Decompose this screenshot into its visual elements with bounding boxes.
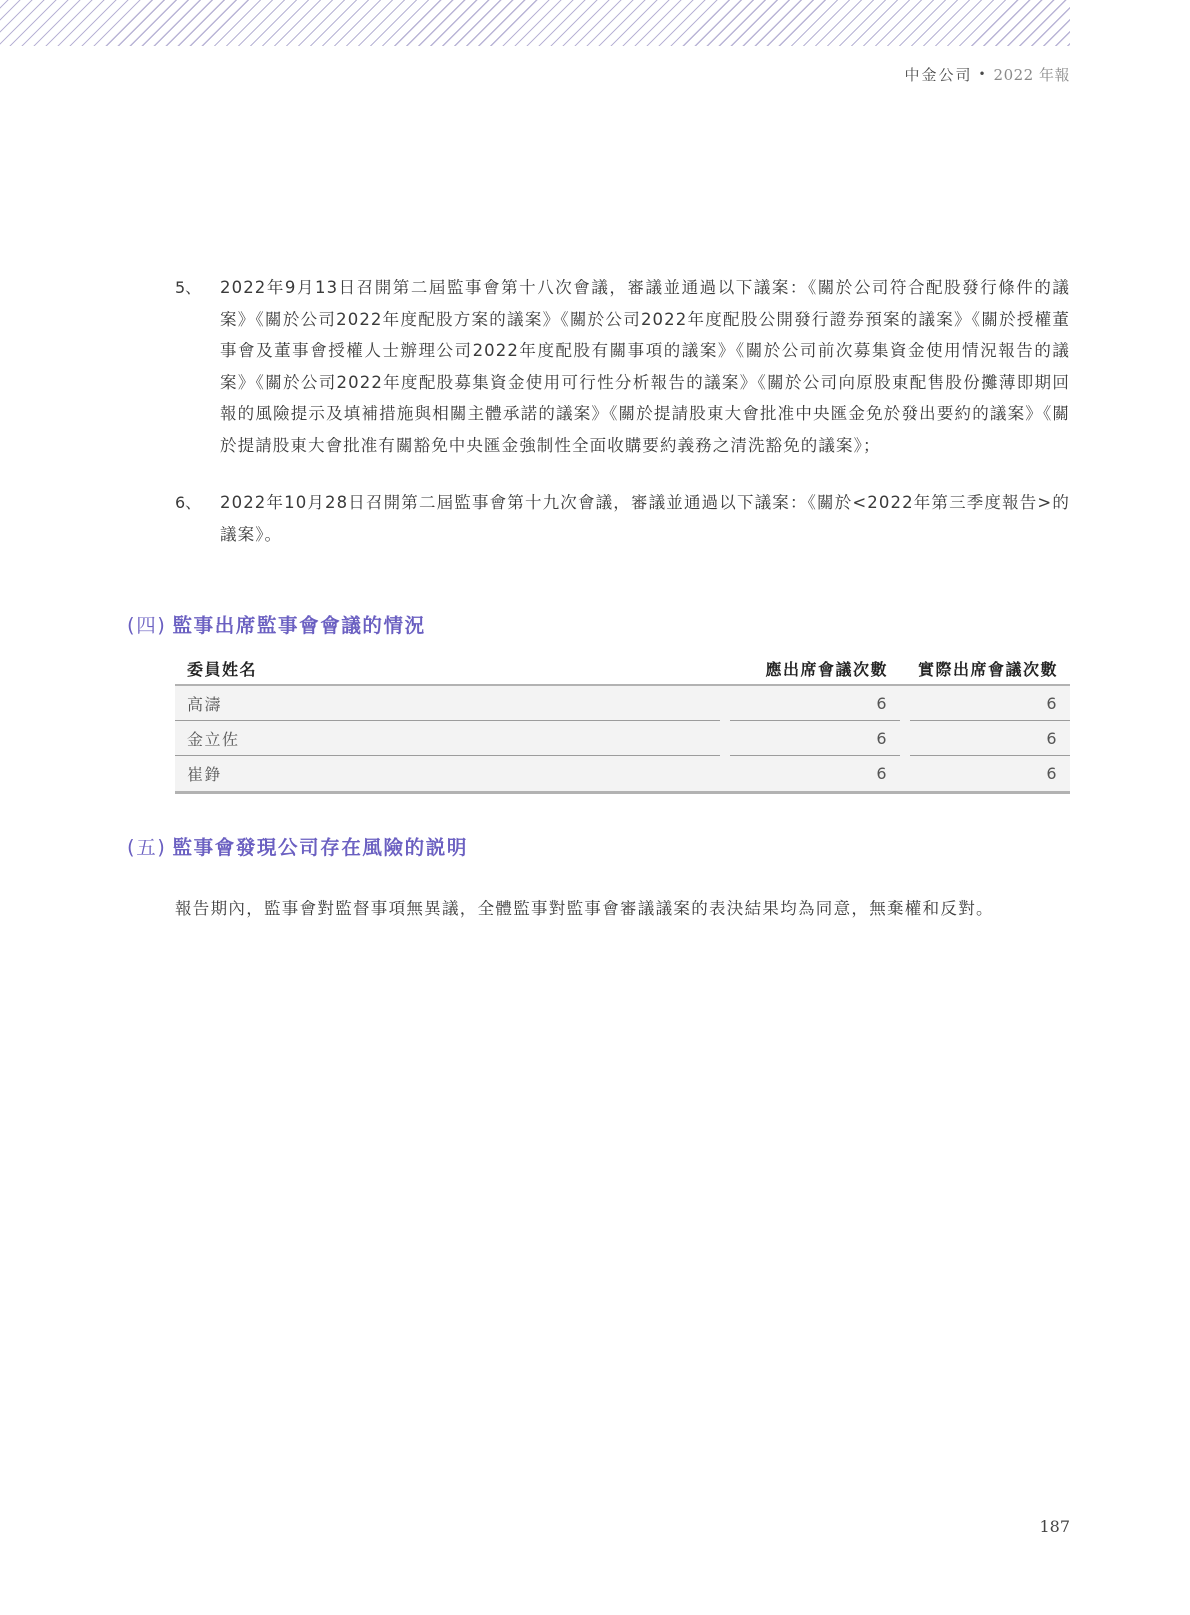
cell-attended: 6: [910, 756, 1070, 791]
table-row: 高濤 6 6: [175, 686, 1070, 721]
risk-statement: 報告期內，監事會對監督事項無異議，全體監事對監事會審議議案的表決結果均為同意，無…: [175, 895, 994, 919]
attendance-table: 委員姓名 應出席會議次數 實際出席會議次數 高濤 6 6 金立佐 6 6 崔錚 …: [175, 652, 1070, 794]
company-name: 中金公司: [904, 66, 972, 84]
cell-attended: 6: [910, 721, 1070, 756]
table-bottom-rule: [175, 791, 1070, 794]
column-header-required: 應出席會議次數: [718, 657, 898, 680]
cell-required: 6: [730, 756, 900, 791]
section-number: (四): [127, 614, 167, 637]
list-item: 5、 2022年9月13日召開第二屆監事會第十八次會議，審議並通過以下議案：《關…: [175, 272, 1070, 461]
item-number: 5、: [175, 272, 220, 461]
table-row: 崔錚 6 6: [175, 756, 1070, 791]
cell-name: 高濤: [175, 686, 720, 721]
list-item: 6、 2022年10月28日召開第二屆監事會第十九次會議，審議並通過以下議案：《…: [175, 487, 1070, 550]
resolution-list: 5、 2022年9月13日召開第二屆監事會第十八次會議，審議並通過以下議案：《關…: [175, 272, 1070, 576]
cell-name: 崔錚: [175, 756, 720, 791]
cell-attended: 6: [910, 686, 1070, 721]
item-text: 2022年10月28日召開第二屆監事會第十九次會議，審議並通過以下議案：《關於<…: [220, 487, 1070, 550]
section-heading-risk: (五)監事會發現公司存在風險的説明: [127, 832, 468, 860]
section-number: (五): [127, 836, 167, 859]
item-text: 2022年9月13日召開第二屆監事會第十八次會議，審議並通過以下議案：《關於公司…: [220, 272, 1070, 461]
page-number: 187: [1039, 1517, 1070, 1536]
cell-required: 6: [730, 721, 900, 756]
separator-dot: •: [978, 67, 987, 81]
section-title: 監事會發現公司存在風險的説明: [173, 836, 468, 859]
section-heading-attendance: (四)監事出席監事會會議的情況: [127, 610, 426, 638]
running-header: 中金公司•2022 年報: [904, 64, 1070, 85]
column-header-attended: 實際出席會議次數: [898, 657, 1070, 680]
table-row: 金立佐 6 6: [175, 721, 1070, 756]
column-header-name: 委員姓名: [175, 657, 718, 680]
cell-name: 金立佐: [175, 721, 720, 756]
decorative-hatch-band: [0, 0, 1070, 46]
item-number: 6、: [175, 487, 220, 550]
cell-required: 6: [730, 686, 900, 721]
table-header: 委員姓名 應出席會議次數 實際出席會議次數: [175, 652, 1070, 686]
report-year: 2022 年報: [994, 66, 1070, 84]
section-title: 監事出席監事會會議的情況: [173, 614, 426, 637]
